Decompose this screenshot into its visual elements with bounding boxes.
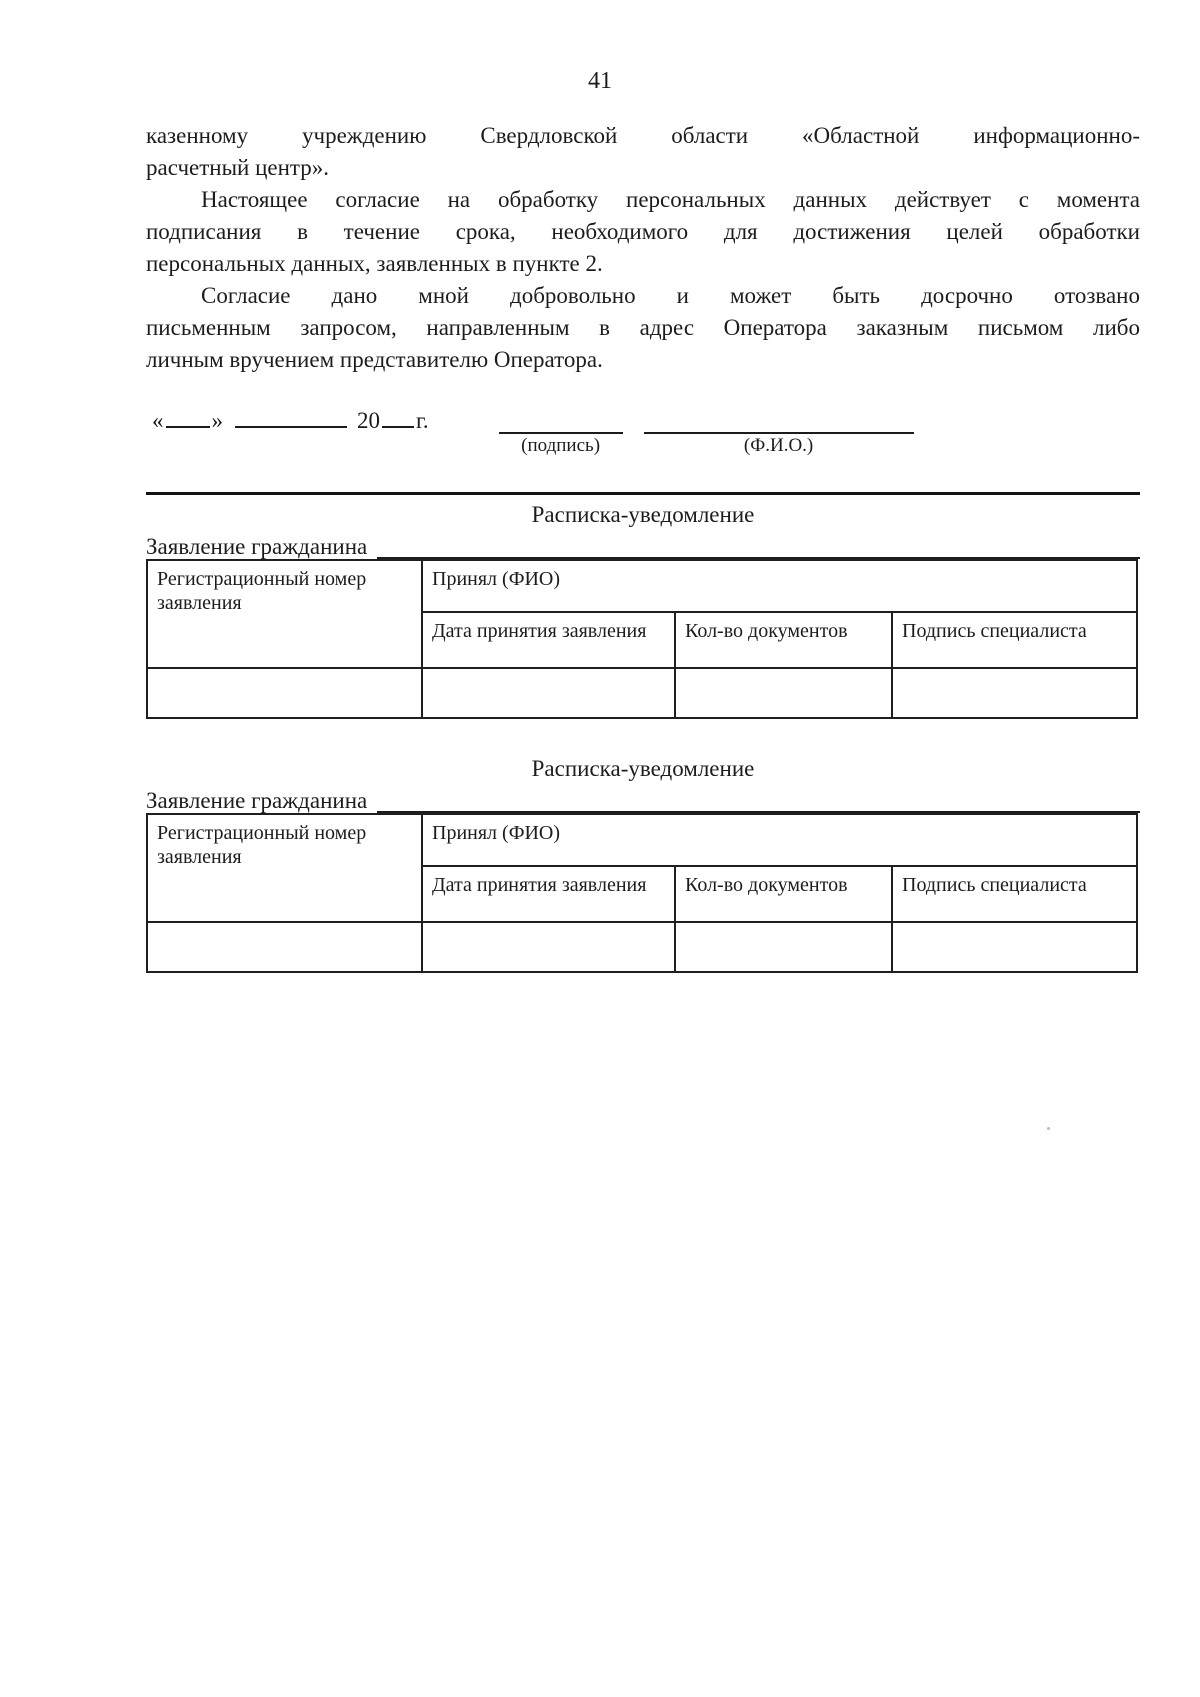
header-specialist-signature: Подпись специалиста	[892, 612, 1137, 668]
section-title: Расписка-уведомление	[146, 500, 1140, 530]
application-number-blank[interactable]	[377, 793, 1140, 813]
paragraph-line: расчетный центр».	[146, 152, 1140, 184]
paragraph-line: персональных данных, заявленных в пункте…	[146, 248, 1140, 280]
application-line: Заявление гражданина	[146, 535, 1140, 559]
fio-caption: (Ф.И.О.)	[644, 434, 914, 458]
signature-caption: (подпись)	[499, 434, 623, 458]
input-specialist-signature[interactable]	[892, 922, 1137, 972]
header-accepted-by: Принял (ФИО)	[422, 814, 1137, 866]
input-acceptance-date[interactable]	[422, 922, 675, 972]
page-content: казенному учреждению Свердловской област…	[146, 120, 1140, 973]
header-accepted-by: Принял (ФИО)	[422, 560, 1137, 612]
header-reg-number: Регистрационный номер заявления	[147, 814, 422, 922]
header-documents-count: Кол-во документов	[675, 866, 892, 922]
header-acceptance-date: Дата принятия заявления	[422, 612, 675, 668]
receipt-table: Регистрационный номер заявления Принял (…	[146, 813, 1138, 973]
month-blank[interactable]	[235, 426, 347, 428]
document-page: 41 казенному учреждению Свердловской обл…	[0, 0, 1200, 1697]
fio-field: (Ф.И.О.)	[644, 396, 914, 458]
input-documents-count[interactable]	[675, 922, 892, 972]
application-label: Заявление гражданина	[146, 535, 367, 559]
input-reg-number[interactable]	[147, 922, 422, 972]
date-fill-in: «»20г.	[146, 408, 429, 434]
open-quote: «	[152, 408, 164, 433]
application-label: Заявление гражданина	[146, 789, 367, 813]
receipt-table: Регистрационный номер заявления Принял (…	[146, 559, 1138, 719]
scan-artifact	[1047, 1127, 1050, 1130]
signature-blank[interactable]	[499, 396, 623, 434]
paragraph-line: письменным запросом, направленным в адре…	[146, 312, 1140, 344]
paragraph-line: Согласие дано мной добровольно и может б…	[146, 280, 1140, 312]
receipt-section-2: Расписка-уведомление Заявление гражданин…	[146, 754, 1140, 973]
input-documents-count[interactable]	[675, 668, 892, 718]
application-number-blank[interactable]	[377, 539, 1140, 559]
body-text: казенному учреждению Свердловской област…	[146, 120, 1140, 376]
year-prefix: 20	[357, 408, 380, 433]
header-documents-count: Кол-во документов	[675, 612, 892, 668]
tear-off-divider	[146, 492, 1140, 495]
signature-date-row: «»20г. (подпись) (Ф.И.О.)	[146, 396, 1140, 458]
input-specialist-signature[interactable]	[892, 668, 1137, 718]
day-blank[interactable]	[166, 426, 210, 428]
input-reg-number[interactable]	[147, 668, 422, 718]
section-title: Расписка-уведомление	[146, 754, 1140, 784]
fio-blank[interactable]	[644, 396, 914, 434]
header-reg-number: Регистрационный номер заявления	[147, 560, 422, 668]
paragraph-line: личным вручением представителю Оператора…	[146, 344, 1140, 376]
input-acceptance-date[interactable]	[422, 668, 675, 718]
year-suffix: г.	[416, 408, 429, 433]
signature-field: (подпись)	[499, 396, 623, 458]
page-number: 41	[0, 66, 1200, 96]
year-blank[interactable]	[382, 426, 414, 428]
close-quote: »	[212, 408, 224, 433]
paragraph-line: подписания в течение срока, необходимого…	[146, 216, 1140, 248]
application-line: Заявление гражданина	[146, 789, 1140, 813]
receipt-section-1: Расписка-уведомление Заявление гражданин…	[146, 500, 1140, 719]
header-specialist-signature: Подпись специалиста	[892, 866, 1137, 922]
paragraph-line: Настоящее согласие на обработку персонал…	[146, 184, 1140, 216]
paragraph-line: казенному учреждению Свердловской област…	[146, 120, 1140, 152]
header-acceptance-date: Дата принятия заявления	[422, 866, 675, 922]
